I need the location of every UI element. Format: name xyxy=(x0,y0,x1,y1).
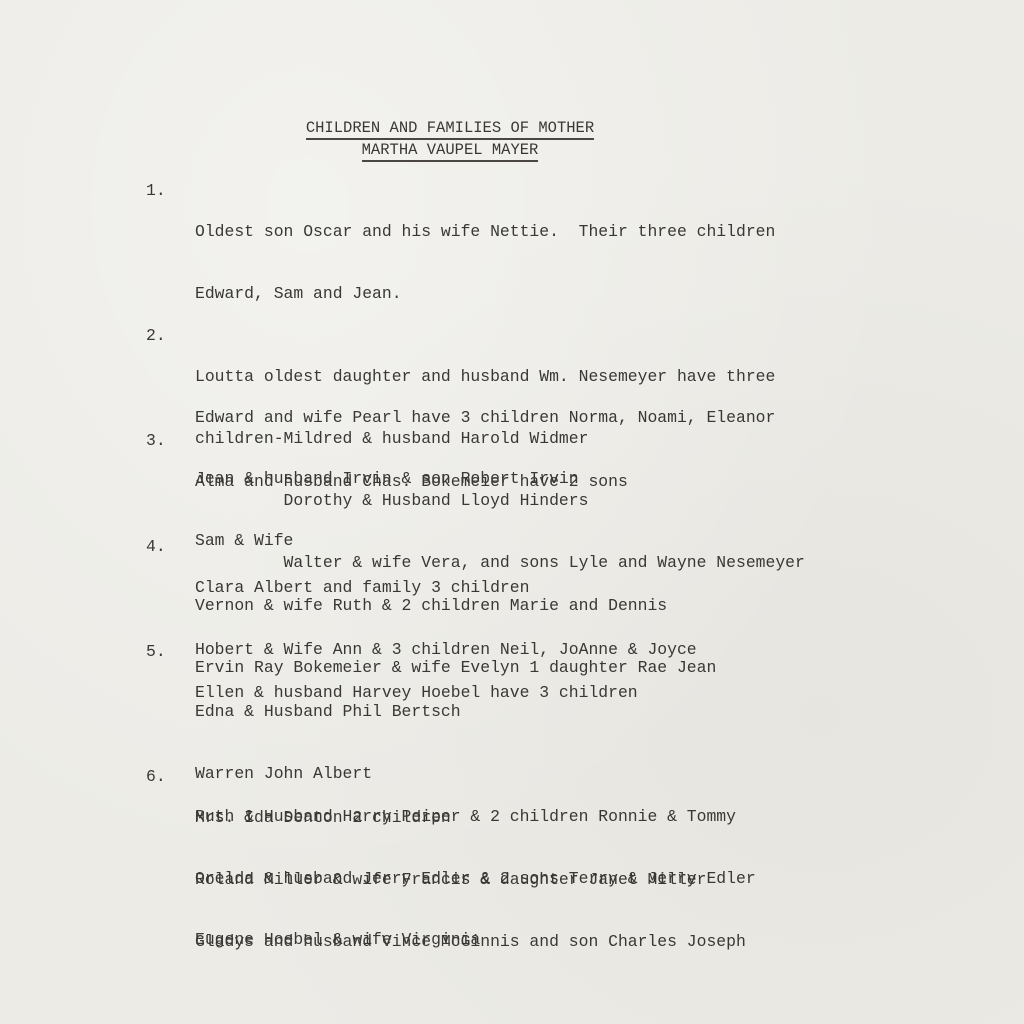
entry-number: 5. xyxy=(146,642,186,663)
entry-number: 6. xyxy=(146,767,186,788)
entry-line: Roland Miller & wife Francis & daughter … xyxy=(195,870,746,891)
entry-number: 3. xyxy=(146,431,186,452)
typewritten-page: CHILDREN AND FAMILIES OF MOTHER MARTHA V… xyxy=(0,0,1024,1024)
entry-line: Gladys and husband Vince McGinnis and so… xyxy=(195,932,746,953)
entry-line xyxy=(195,745,756,766)
entry-line: Oldest son Oscar and his wife Nettie. Th… xyxy=(195,222,775,243)
entry-line: Alma and husband Chas. Bokemeier have 2 … xyxy=(195,472,716,493)
family-entry-3: 3. Alma and husband Chas. Bokemeier have… xyxy=(146,431,185,513)
entry-line: Loutta oldest daughter and husband Wm. N… xyxy=(195,367,805,388)
entry-number: 2. xyxy=(146,326,186,347)
family-entry-5: 5. Ellen & husband Harvey Hoebel have 3 … xyxy=(146,642,185,724)
entry-line: Edward, Sam and Jean. xyxy=(195,284,775,305)
entry-number: 1. xyxy=(146,181,186,202)
family-entry-6: 6. Mrs. Ida Denton 2 children Roland Mil… xyxy=(146,767,185,849)
title-line-1: CHILDREN AND FAMILIES OF MOTHER xyxy=(306,118,594,140)
entry-line: Mrs. Ida Denton 2 children xyxy=(195,808,746,829)
family-entry-1: 1. Oldest son Oscar and his wife Nettie.… xyxy=(146,181,185,263)
document-title: CHILDREN AND FAMILIES OF MOTHER MARTHA V… xyxy=(256,118,644,162)
entry-line: Ellen & husband Harvey Hoebel have 3 chi… xyxy=(195,683,756,704)
entry-number: 4. xyxy=(146,537,186,558)
family-entry-2: 2. Loutta oldest daughter and husband Wm… xyxy=(146,326,185,408)
family-entry-4: 4. Clara Albert and family 3 children Ho… xyxy=(146,537,185,619)
title-line-2: MARTHA VAUPEL MAYER xyxy=(362,140,539,162)
entry-line: Clara Albert and family 3 children xyxy=(195,578,697,599)
